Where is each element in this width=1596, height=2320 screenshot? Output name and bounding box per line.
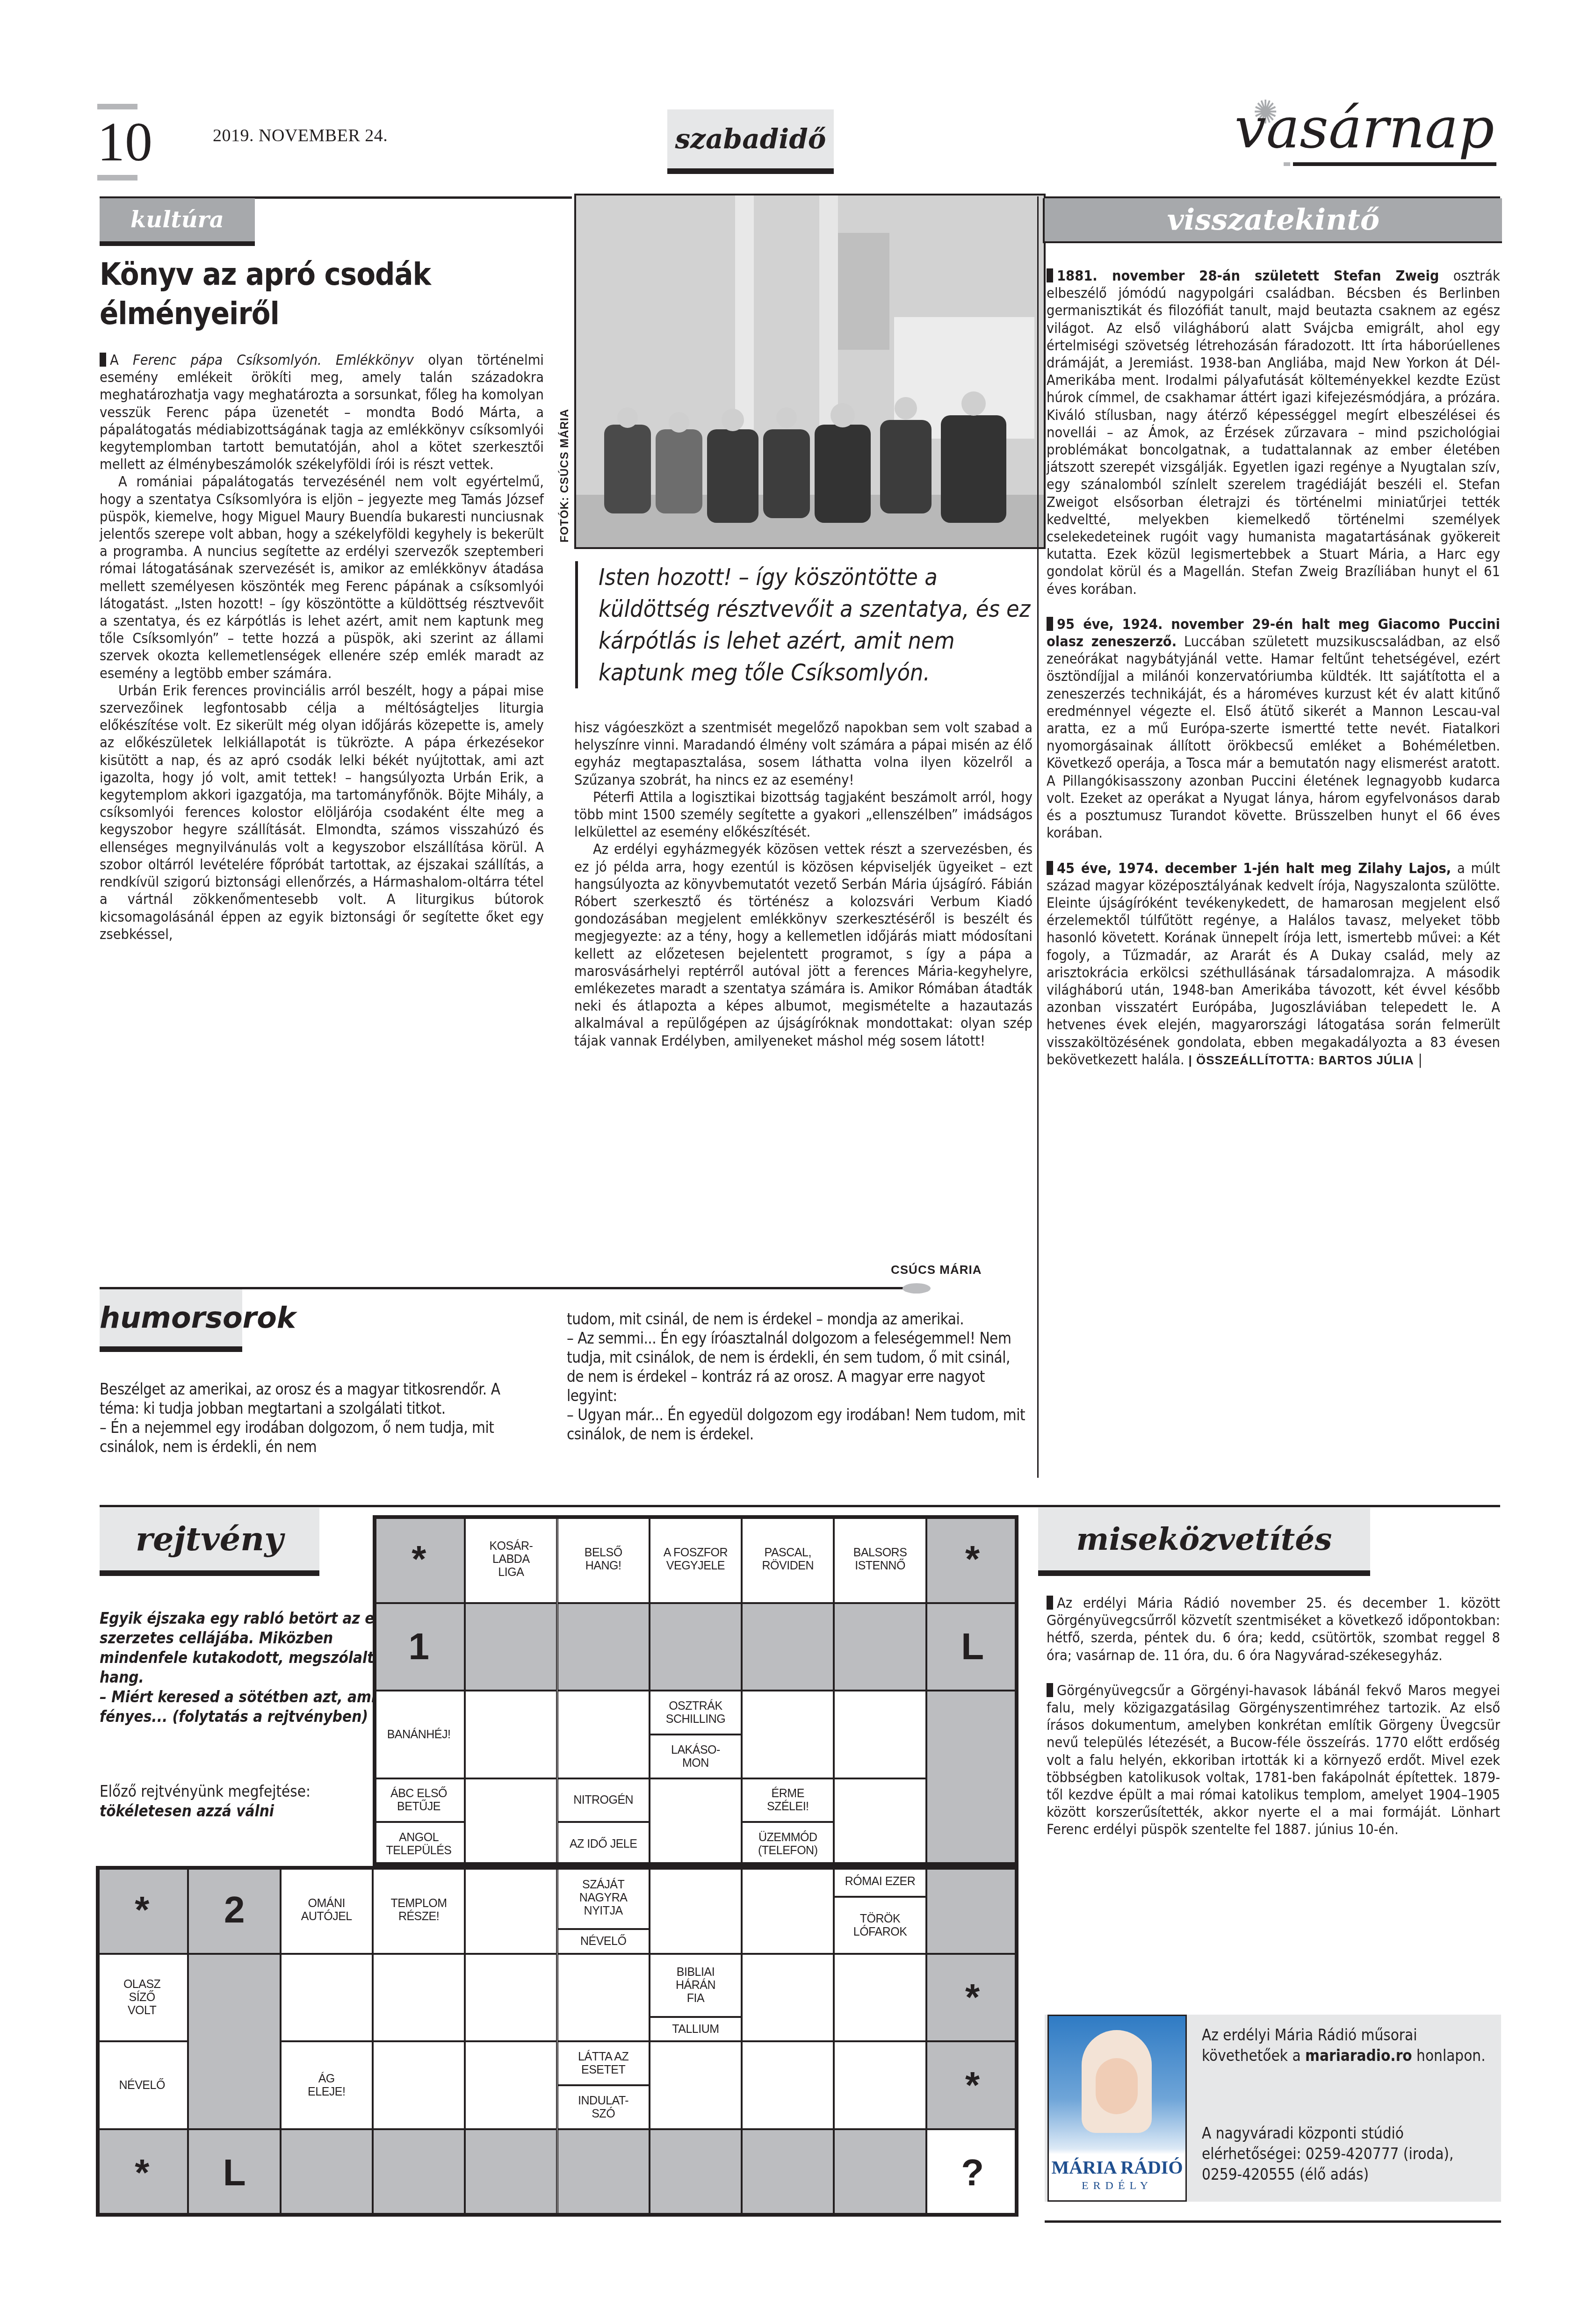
logo-subtitle: ERDÉLY <box>1049 2180 1185 2192</box>
issue-date: 2019. NOVEMBER 24. <box>213 125 388 146</box>
article-column-2: hisz vágóeszközt a szentmisét megelőző n… <box>574 719 1033 1050</box>
divider <box>1045 2220 1501 2223</box>
crossword-marker-cell[interactable]: 2 <box>188 1866 280 1954</box>
crossword-clue-cell: ANGOL TELEPÜLÉS <box>373 1822 465 1866</box>
crossword-answer-cell[interactable] <box>926 1691 1018 1866</box>
logo-title: MÁRIA RÁDIÓ <box>1049 2156 1185 2178</box>
crossword-answer-cell[interactable] <box>465 2129 557 2217</box>
article-headline: Könyv az apró csodák élményeiről <box>100 255 544 333</box>
crossword-clue-cell: NÉVELŐ <box>557 1929 650 1954</box>
crossword-clue-cell: A FOSZFOR VEGYJELE <box>650 1515 742 1603</box>
crossword-clue-cell: BELSŐ HANG! <box>557 1515 650 1603</box>
radio-contact-text: A nagyváradi központi stúdió elérhetőség… <box>1202 2123 1492 2185</box>
crossword-marker-cell[interactable]: 1 <box>373 1603 465 1691</box>
section-label-misekozvetites: miseközvetítés <box>1038 1508 1370 1576</box>
crossword-clue-cell: TALLIUM <box>650 2017 742 2042</box>
crossword-answer-cell[interactable] <box>650 2129 742 2217</box>
crossword-answer-cell[interactable] <box>465 1691 557 1778</box>
section-label-kultura: kultúra <box>100 198 255 246</box>
crossword-answer-cell[interactable] <box>834 2041 926 2129</box>
crossword-clue-cell: OMÁNI AUTÓJEL <box>281 1866 373 1954</box>
crossword-answer-cell[interactable] <box>373 1954 465 2042</box>
divider <box>100 1505 1500 1507</box>
crossword-clue-cell: BALSORS ISTENNŐ <box>834 1515 926 1603</box>
crossword-answer-cell[interactable] <box>926 1866 1018 1954</box>
column-divider <box>1037 196 1039 1478</box>
crossword-answer-cell[interactable] <box>465 2041 557 2129</box>
crossword-clue-cell: ÉRME SZÉLEI! <box>742 1778 834 1822</box>
crossword-answer-cell[interactable] <box>650 1603 742 1691</box>
crossword-marker-cell[interactable]: * <box>926 1515 1018 1603</box>
joke-text-part-2: tudom, mit csinál, de nem is érdekel – m… <box>567 1309 1030 1444</box>
paragraph: Urbán Erik ferences provinciális arról b… <box>100 682 544 943</box>
crossword-answer-cell[interactable] <box>557 1954 650 2042</box>
radio-website-text: Az erdélyi Mária Rádió műsorai követhető… <box>1202 2025 1492 2066</box>
bullet-marker <box>1047 1596 1053 1610</box>
crossword-clue-cell: NÉVELŐ <box>96 2041 188 2129</box>
crossword-clue-cell: SZÁJÁT NAGYRA NYITJA <box>557 1866 650 1929</box>
crossword-clue-cell: OLASZ SÍZŐ VOLT <box>96 1954 188 2042</box>
crossword-answer-cell[interactable] <box>557 2129 650 2217</box>
crossword-clue-cell: KOSÁR- LABDA LIGA <box>465 1515 557 1603</box>
crossword-marker-cell[interactable]: * <box>96 2129 188 2217</box>
crossword-clue-cell: RÓMAI EZER <box>834 1866 926 1897</box>
logo-rule-accent <box>1284 162 1290 166</box>
crossword-clue-cell: OSZTRÁK SCHILLING <box>650 1691 742 1735</box>
photo-credit: FOTÓK: CSÚCS MÁRIA <box>556 337 574 542</box>
crossword-answer-cell[interactable] <box>465 1778 557 1866</box>
crossword-answer-cell[interactable] <box>742 1603 834 1691</box>
crossword-clue-cell: NITROGÉN <box>557 1778 650 1822</box>
crossword-answer-cell[interactable] <box>834 1603 926 1691</box>
crossword-clue-cell: BIBLIAI HÁRÁN FIA <box>650 1954 742 2017</box>
crossword-answer-cell[interactable] <box>465 1954 557 2042</box>
radio-url-link[interactable]: mariaradio.ro <box>1305 2046 1412 2065</box>
bullet-marker <box>100 353 106 367</box>
crossword-answer-cell[interactable] <box>557 1603 650 1691</box>
compiler-name: BARTOS JÚLIA <box>1319 1053 1414 1067</box>
bullet-marker <box>1047 268 1053 282</box>
divider-ornament <box>903 1283 931 1294</box>
crossword-clue-cell: INDULAT- SZÓ <box>557 2085 650 2129</box>
joke-text-part-1: Beszélget az amerikai, az orosz és a mag… <box>100 1380 530 1456</box>
crossword-answer-cell[interactable] <box>742 2041 834 2129</box>
crossword-answer-cell[interactable] <box>650 2041 742 2129</box>
mass-broadcast-column: Az erdélyi Mária Rádió november 25. és d… <box>1047 1595 1500 1839</box>
paragraph: A romániai pápalátogatás tervezésénél ne… <box>100 473 544 682</box>
article-photo <box>574 194 1046 549</box>
crossword-answer-cell[interactable] <box>834 1691 926 1778</box>
crossword-answer-cell[interactable] <box>188 1954 280 2129</box>
crossword-answer-cell[interactable] <box>650 1778 742 1866</box>
crossword-clue-cell: BANÁNHÉJ! <box>373 1691 465 1778</box>
paragraph: Az erdélyi egyházmegyék közösen vettek r… <box>574 841 1033 1049</box>
crossword-marker-cell[interactable]: L <box>188 2129 280 2217</box>
bullet-marker <box>1047 861 1053 875</box>
church-panel-photo-image <box>576 195 1044 547</box>
crossword-answer-cell[interactable] <box>742 1954 834 2042</box>
newspaper-logo: vasárnap <box>1235 94 1496 168</box>
crossword-grid[interactable]: *KOSÁR- LABDA LIGABELSŐ HANG!A FOSZFOR V… <box>96 1515 1018 2219</box>
section-label-visszatekinto: visszatekintő <box>1043 198 1502 243</box>
crossword-clue-cell: ÁG ELEJE! <box>281 2041 373 2129</box>
crossword-clue-cell: ÁBC ELSŐ BETŰJE <box>373 1778 465 1822</box>
crossword-answer-cell[interactable] <box>742 1691 834 1778</box>
crossword-answer-cell[interactable] <box>373 2041 465 2129</box>
crossword-clue-cell: AZ IDŐ JELE <box>557 1822 650 1866</box>
crossword-answer-cell[interactable] <box>281 2129 373 2217</box>
section-title-szabadido: szabadidő <box>667 109 834 174</box>
retrospective-column: 1881. november 28-án született Stefan Zw… <box>1047 267 1500 1069</box>
logo-rule <box>1293 162 1496 166</box>
crossword-answer-cell[interactable] <box>742 2129 834 2217</box>
crossword-answer-cell[interactable] <box>834 2129 926 2217</box>
crossword-marker-cell[interactable]: * <box>373 1515 465 1603</box>
maria-radio-logo: MÁRIA RÁDIÓ ERDÉLY <box>1047 2015 1187 2202</box>
crossword-marker-cell[interactable]: L <box>926 1603 1018 1691</box>
crossword-clue-cell: LAKÁSO- MON <box>650 1735 742 1778</box>
crossword-marker-cell[interactable]: * <box>96 1866 188 1954</box>
article-author: CSÚCS MÁRIA <box>891 1263 982 1277</box>
pull-quote: Isten hozott! – így köszöntötte a küldöt… <box>575 561 1043 688</box>
bullet-marker <box>1047 617 1053 631</box>
crossword-answer-cell[interactable] <box>834 1954 926 2042</box>
section-label-humorsorok: humorsorok <box>100 1289 242 1352</box>
paragraph: Péterfi Attila a logisztikai bizottság t… <box>574 789 1033 841</box>
crossword-answer-cell[interactable] <box>834 1778 926 1866</box>
crossword-clue-cell: TÖRÖK LÓFAROK <box>834 1897 926 1954</box>
bullet-marker <box>1047 1683 1053 1697</box>
crossword-answer-cell[interactable] <box>373 2129 465 2217</box>
crossword-answer-cell[interactable] <box>557 1691 650 1778</box>
crossword-clue-cell: ÜZEMMÓD (TELEFON) <box>742 1822 834 1866</box>
crossword-answer-cell[interactable] <box>742 1866 834 1954</box>
book-title: Ferenc pápa Csíksomlyón. Emlékkönyv <box>133 352 414 369</box>
crossword-marker-cell[interactable]: * <box>926 1954 1018 2042</box>
crossword-marker-cell[interactable]: ? <box>926 2129 1018 2217</box>
crossword-clue-cell: LÁTTA AZ ESETET <box>557 2041 650 2085</box>
paragraph: hisz vágóeszközt a szentmisét megelőző n… <box>574 719 1033 789</box>
crossword-clue-cell: TEMPLOM RÉSZE! <box>373 1866 465 1954</box>
crossword-clue-cell: PASCAL, RÖVIDEN <box>742 1515 834 1603</box>
page-number: 10 <box>97 104 137 181</box>
crossword-answer-cell[interactable] <box>650 1866 742 1954</box>
crossword-answer-cell[interactable] <box>465 1866 557 1954</box>
article-column-1: A Ferenc pápa Csíksomlyón. Emlékkönyv ol… <box>100 352 544 943</box>
crossword-marker-cell[interactable]: * <box>926 2041 1018 2129</box>
crossword-answer-cell[interactable] <box>281 1954 373 2042</box>
crossword-answer-cell[interactable] <box>465 1603 557 1691</box>
